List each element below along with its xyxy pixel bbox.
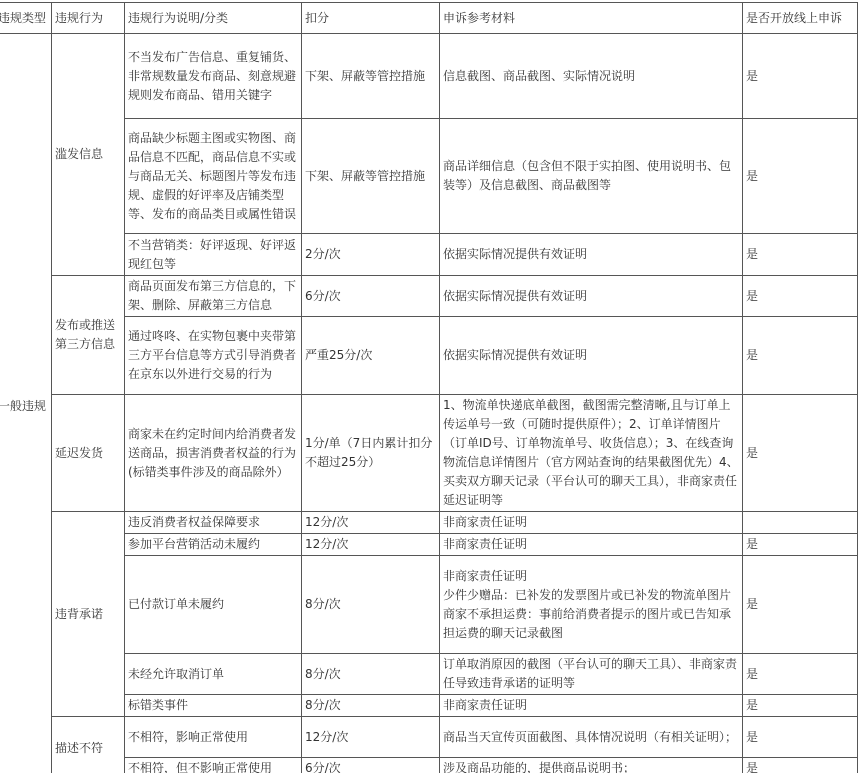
description-cell: 违反消费者权益保障要求 [125,512,302,534]
table-row: 发布或推送第三方信息 商品页面发布第三方信息的，下架、删除、屏蔽第三方信息 6分… [0,276,858,317]
table-row: 延迟发货 商家未在约定时间内给消费者发送商品，损害消费者权益的行为(标错类事件涉… [0,395,858,512]
behavior-group-cell: 违背承诺 [52,512,125,717]
penalty-cell: 2分/次 [302,234,440,276]
appeal-cell: 非商家责任证明 少件少赠品：已补发的发票图片或已补发的物流单图片 商家不承担运费… [440,556,743,654]
appeal-cell: 依据实际情况提供有效证明 [440,317,743,395]
penalty-cell: 下架、屏蔽等管控措施 [302,119,440,234]
online-appeal-cell: 是 [743,276,858,317]
online-appeal-cell: 是 [743,556,858,654]
violation-type-cell: 一般违规 [0,34,52,773]
penalty-cell: 12分/次 [302,717,440,758]
online-appeal-cell: 是 [743,695,858,717]
table-row: 参加平台营销活动未履约 12分/次 非商家责任证明 是 [0,534,858,556]
behavior-group-cell: 发布或推送第三方信息 [52,276,125,395]
violation-rules-table: 违规类型 违规行为 违规行为说明/分类 扣分 申诉参考材料 是否开放线上申诉 一… [0,2,858,773]
online-appeal-cell: 是 [743,34,858,119]
header-violation-behavior: 违规行为 [52,3,125,34]
penalty-cell: 8分/次 [302,556,440,654]
appeal-cell: 商品详细信息（包含但不限于实拍图、使用说明书、包装等）及信息截图、商品截图等 [440,119,743,234]
appeal-cell: 非商家责任证明 [440,695,743,717]
online-appeal-cell: 是 [743,758,858,773]
table-row: 已付款订单未履约 8分/次 非商家责任证明 少件少赠品：已补发的发票图片或已补发… [0,556,858,654]
behavior-group-cell: 描述不符 [52,717,125,773]
description-cell: 参加平台营销活动未履约 [125,534,302,556]
online-appeal-cell: 是 [743,717,858,758]
behavior-group-cell: 延迟发货 [52,395,125,512]
table-row: 标错类事件 8分/次 非商家责任证明 是 [0,695,858,717]
appeal-cell: 商品当天宣传页面截图、具体情况说明（有相关证明）； [440,717,743,758]
description-cell: 不相符，但不影响正常使用 [125,758,302,773]
online-appeal-cell: 是 [743,654,858,695]
penalty-cell: 12分/次 [302,534,440,556]
appeal-cell: 依据实际情况提供有效证明 [440,234,743,276]
header-violation-type: 违规类型 [0,3,52,34]
description-cell: 商家未在约定时间内给消费者发送商品，损害消费者权益的行为(标错类事件涉及的商品除… [125,395,302,512]
penalty-cell: 8分/次 [302,654,440,695]
appeal-cell: 非商家责任证明 [440,512,743,534]
penalty-cell: 下架、屏蔽等管控措施 [302,34,440,119]
description-cell: 商品缺少标题主图或实物图、商品信息不匹配，商品信息不实或与商品无关、标题图片等发… [125,119,302,234]
table-row: 不当营销类：好评返现、好评返现红包等 2分/次 依据实际情况提供有效证明 是 [0,234,858,276]
appeal-cell: 1、物流单快递底单截图，截图需完整清晰,且与订单上传运单号一致（可随时提供原件）… [440,395,743,512]
appeal-cell: 非商家责任证明 [440,534,743,556]
description-cell: 不相符，影响正常使用 [125,717,302,758]
online-appeal-cell: 是 [743,119,858,234]
table-row: 未经允许取消订单 8分/次 订单取消原因的截图（平台认可的聊天工具）、非商家责任… [0,654,858,695]
online-appeal-cell: 是 [743,395,858,512]
penalty-cell: 12分/次 [302,512,440,534]
description-cell: 通过咚咚、在实物包裹中夹带第三方平台信息等方式引导消费者在京东以外进行交易的行为 [125,317,302,395]
header-row: 违规类型 违规行为 违规行为说明/分类 扣分 申诉参考材料 是否开放线上申诉 [0,3,858,34]
penalty-cell: 严重25分/次 [302,317,440,395]
behavior-group-cell: 滥发信息 [52,34,125,276]
document-page: 违规类型 违规行为 违规行为说明/分类 扣分 申诉参考材料 是否开放线上申诉 一… [0,0,860,773]
description-cell: 商品页面发布第三方信息的，下架、删除、屏蔽第三方信息 [125,276,302,317]
table-row: 违背承诺 违反消费者权益保障要求 12分/次 非商家责任证明 [0,512,858,534]
online-appeal-cell: 是 [743,534,858,556]
header-appeal-materials: 申诉参考材料 [440,3,743,34]
table-row: 不相符，但不影响正常使用 6分/次 涉及商品功能的，提供商品说明书； 是 [0,758,858,773]
header-points-deducted: 扣分 [302,3,440,34]
table-row: 通过咚咚、在实物包裹中夹带第三方平台信息等方式引导消费者在京东以外进行交易的行为… [0,317,858,395]
table-row: 描述不符 不相符，影响正常使用 12分/次 商品当天宣传页面截图、具体情况说明（… [0,717,858,758]
appeal-cell: 涉及商品功能的，提供商品说明书； [440,758,743,773]
appeal-cell: 依据实际情况提供有效证明 [440,276,743,317]
penalty-cell: 6分/次 [302,758,440,773]
description-cell: 未经允许取消订单 [125,654,302,695]
penalty-cell: 1分/单（7日内累计扣分不超过25分） [302,395,440,512]
online-appeal-cell: 是 [743,317,858,395]
table-row: 商品缺少标题主图或实物图、商品信息不匹配，商品信息不实或与商品无关、标题图片等发… [0,119,858,234]
description-cell: 标错类事件 [125,695,302,717]
header-behavior-description: 违规行为说明/分类 [125,3,302,34]
online-appeal-cell [743,512,858,534]
table-row: 一般违规 滥发信息 不当发布广告信息、重复铺货、非常规数量发布商品、刻意规避规则… [0,34,858,119]
description-cell: 已付款订单未履约 [125,556,302,654]
appeal-cell: 信息截图、商品截图、实际情况说明 [440,34,743,119]
appeal-cell: 订单取消原因的截图（平台认可的聊天工具）、非商家责任导致违背承诺的证明等 [440,654,743,695]
description-cell: 不当发布广告信息、重复铺货、非常规数量发布商品、刻意规避规则发布商品、错用关键字 [125,34,302,119]
header-online-appeal: 是否开放线上申诉 [743,3,858,34]
description-cell: 不当营销类：好评返现、好评返现红包等 [125,234,302,276]
penalty-cell: 8分/次 [302,695,440,717]
penalty-cell: 6分/次 [302,276,440,317]
online-appeal-cell: 是 [743,234,858,276]
